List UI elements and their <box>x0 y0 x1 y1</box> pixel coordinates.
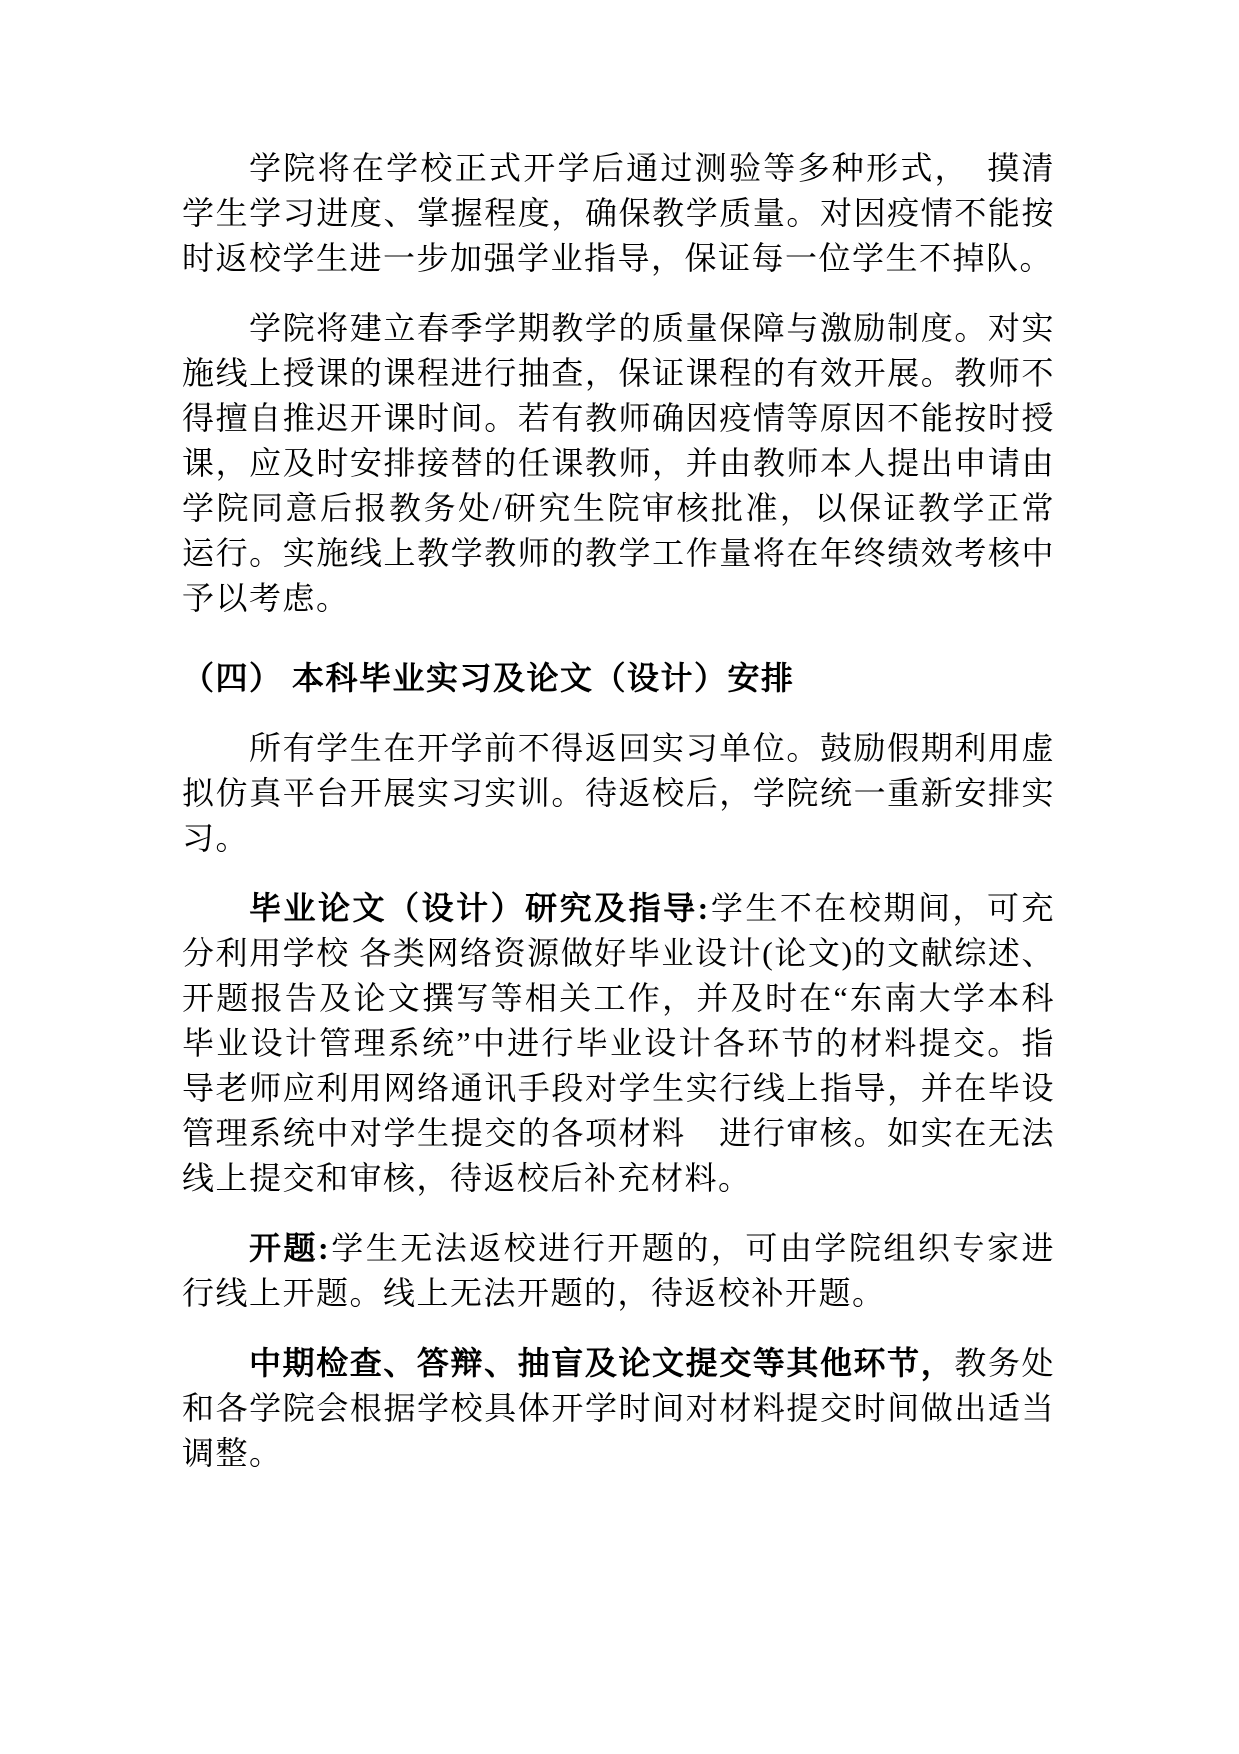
paragraph-thesis-guidance: 毕业论文（设计）研究及指导:学生不在校期间，可充分利用学校 各类网络资源做好毕业… <box>182 886 1055 1201</box>
paragraph-proposal: 开题:学生无法返校进行开题的，可由学院组织专家进行线上开题。线上无法开题的，待返… <box>182 1226 1055 1316</box>
thesis-guidance-lead: 毕业论文（设计）研究及指导: <box>249 890 710 926</box>
proposal-lead: 开题: <box>249 1230 330 1266</box>
heading-section-4: （四） 本科毕业实习及论文（设计）安排 <box>182 656 1055 701</box>
paragraph-quality-assurance: 学院将建立春季学期教学的质量保障与激励制度。对实施线上授课的课程进行抽查，保证课… <box>182 306 1055 621</box>
paragraph-assessment: 学院将在学校正式开学后通过测验等多种形式， 摸清学生学习进度、掌握程度，确保教学… <box>182 146 1055 281</box>
midterm-defense-lead: 中期检查、答辩、抽盲及论文提交等其他环节， <box>249 1345 954 1381</box>
paragraph-midterm-defense: 中期检查、答辩、抽盲及论文提交等其他环节，教务处和各学院会根据学校具体开学时间对… <box>182 1341 1055 1476</box>
paragraph-text: 学院将建立春季学期教学的质量保障与激励制度。对实施线上授课的课程进行抽查，保证课… <box>182 310 1055 616</box>
document-page: 学院将在学校正式开学后通过测验等多种形式， 摸清学生学习进度、掌握程度，确保教学… <box>0 0 1239 1754</box>
heading-text: （四） 本科毕业实习及论文（设计）安排 <box>182 660 795 696</box>
paragraph-text: 学院将在学校正式开学后通过测验等多种形式， 摸清学生学习进度、掌握程度，确保教学… <box>182 150 1055 276</box>
paragraph-text: 学生不在校期间，可充分利用学校 各类网络资源做好毕业设计(论文)的文献综述、开题… <box>182 890 1055 1196</box>
paragraph-internship: 所有学生在开学前不得返回实习单位。鼓励假期利用虚拟仿真平台开展实习实训。待返校后… <box>182 726 1055 861</box>
paragraph-text: 所有学生在开学前不得返回实习单位。鼓励假期利用虚拟仿真平台开展实习实训。待返校后… <box>182 730 1055 856</box>
